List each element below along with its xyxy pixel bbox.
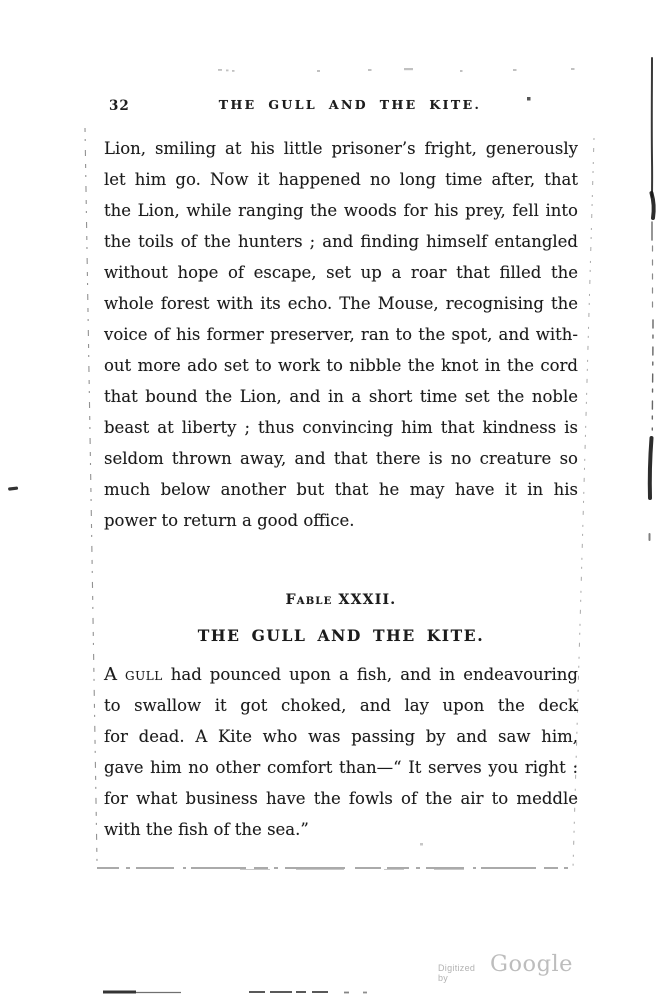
text-line: that bound the Lion, and in a short time… (104, 381, 578, 412)
fable-title: THE GULL AND THE KITE. (104, 626, 578, 645)
text-line: to swallow it got choked, and lay upon t… (104, 690, 578, 721)
left-page-fold-dotted-line (85, 128, 97, 862)
drop-initial: A (104, 664, 117, 685)
text-line: power to return a good office. (104, 505, 578, 536)
digitized-by-text: Digitized by (438, 963, 485, 983)
text-line: Lion, smiling at his little prisoner’s f… (104, 133, 578, 164)
bottom-edge-dashes (103, 992, 367, 993)
text-line: beast at liberty ; thus convincing him t… (104, 412, 578, 443)
running-header-row: 32 THE GULL AND THE KITE. (104, 97, 578, 115)
text-line: without hope of escape, set up a roar th… (104, 257, 578, 288)
top-edge-dots (218, 68, 575, 72)
first-line-rest: had pounced upon a fish, and in endeavou… (171, 665, 578, 684)
text-line: seldom thrown away, and that there is no… (104, 443, 578, 474)
bottom-broken-rule (97, 868, 570, 870)
text-line: for what business have the fowls of the … (104, 783, 578, 814)
text-line: gave him no other comfort than—“ It serv… (104, 752, 578, 783)
paragraph-gull-and-kite: A Gull had pounced upon a fish, and in e… (104, 659, 578, 845)
scanned-book-page: 32 THE GULL AND THE KITE. Lion, smiling … (0, 0, 661, 1000)
text-line: much below another but that he may have … (104, 474, 578, 505)
text-line: with the fish of the sea.” (104, 814, 578, 845)
paragraph-lion-and-mouse: Lion, smiling at his little prisoner’s f… (104, 133, 578, 536)
text-line: whole forest with its echo. The Mouse, r… (104, 288, 578, 319)
google-logo: Google (490, 951, 573, 977)
text-line: let him go. Now it happened no long time… (104, 164, 578, 195)
text-line: the toils of the hunters ; and finding h… (104, 226, 578, 257)
text-line: A Gull had pounced upon a fish, and in e… (104, 659, 578, 690)
right-edge-ink-marks (650, 58, 654, 540)
text-line: voice of his former preserver, ran to th… (104, 319, 578, 350)
text-line: out more ado set to work to nibble the k… (104, 350, 578, 381)
watermark: Digitized by Google (438, 951, 573, 981)
text-line: the Lion, while ranging the woods for hi… (104, 195, 578, 226)
lead-word-smallcaps: Gull (125, 665, 163, 684)
running-header-title: THE GULL AND THE KITE. (104, 97, 578, 112)
page-number: 32 (109, 98, 130, 114)
left-margin-ink-dash (8, 486, 18, 490)
text-line: for dead. A Kite who was passing by and … (104, 721, 578, 752)
fable-lines: to swallow it got choked, and lay upon t… (104, 690, 578, 845)
fable-number-heading: Fable XXXII. (104, 592, 578, 608)
